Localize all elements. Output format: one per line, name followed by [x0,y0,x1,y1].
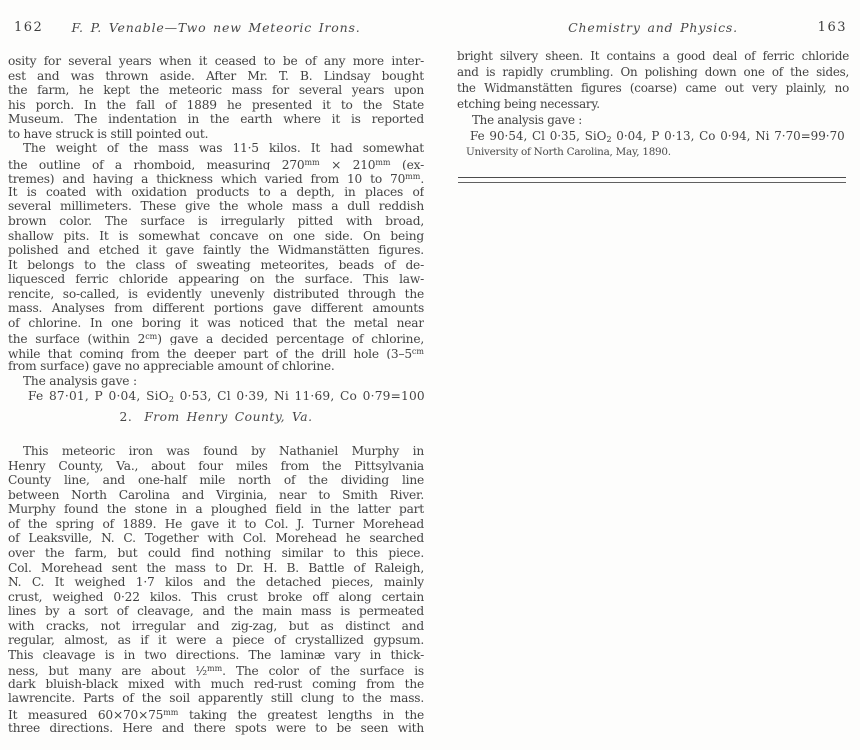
text-line: bright silvery sheen. It contains a good… [457,48,849,64]
left-page-header: 162 F. P. Venable—Two new Meteoric Irons… [8,20,424,35]
text-line: dark bluish-black mixed with much red-ru… [8,677,424,692]
text-line: mass. Analyses from different portions g… [8,301,424,316]
text-line: lawrencite. Parts of the soil apparently… [8,691,424,706]
text-line: The analysis gave : [8,374,424,389]
text-line: rencite, so-called, is evidently unevenl… [8,287,424,302]
text-line: the surface (within 2cm) gave a decided … [8,330,424,345]
text-line: etching being necessary. [457,96,849,112]
text-line: between North Carolina and Virginia, nea… [8,488,424,503]
text-line: It belongs to the class of sweating mete… [8,258,424,273]
text-line: ness, but many are about ½mm. The color … [8,662,424,677]
text-line: from surface) gave no appreciable amount… [8,359,424,374]
left-text-block-1: osity for several years when it ceased t… [8,54,424,403]
text-line: the Widmanstätten figures (coarse) came … [457,80,849,96]
text-line: It is coated with oxidation products to … [8,185,424,200]
text-line: The weight of the mass was 11·5 kilos. I… [8,141,424,156]
text-line: Murphy found the stone in a ploughed fie… [8,502,424,517]
left-page: 162 F. P. Venable—Two new Meteoric Irons… [8,0,424,735]
text-line: the outline of a rhomboid, measuring 270… [8,156,424,171]
page-number-right: 163 [818,20,847,35]
text-line: to have struck is still pointed out. [8,127,424,142]
text-line: regular, almost, as if it were a piece o… [8,633,424,648]
text-line: of the spring of 1889. He gave it to Col… [8,517,424,532]
running-title-left: F. P. Venable—Two new Meteoric Irons. [8,20,424,35]
text-line: his porch. In the fall of 1889 he presen… [8,98,424,113]
text-line: Henry County, Va., about four miles from… [8,459,424,474]
text-line: and is rapidly crumbling. On polishing d… [457,64,849,80]
text-line: N. C. It weighed 1·7 kilos and the detac… [8,575,424,590]
text-line: with cracks, not irregular and zig-zag, … [8,619,424,634]
scanned-journal-spread: 162 F. P. Venable—Two new Meteoric Irons… [0,0,860,750]
right-page-header: Chemistry and Physics. 163 [457,20,849,35]
text-line: of chlorine. In one boring it was notice… [8,316,424,331]
text-line: over the farm, but could find nothing si… [8,546,424,561]
text-line: University of North Carolina, May, 1890. [457,144,849,160]
text-line: the farm, he kept the meteoric mass for … [8,83,424,98]
section-title: From Henry County, Va. [144,410,312,424]
text-line: several millimeters. These give the whol… [8,199,424,214]
text-line: crust, weighed 0·22 kilos. This crust br… [8,590,424,605]
text-line: Fe 87·01, P 0·04, SiO2 0·53, Cl 0·39, Ni… [8,389,424,404]
page-number-left: 162 [14,20,43,35]
text-line: shallow pits. It is somewhat concave on … [8,229,424,244]
text-line: polished and etched it gave faintly the … [8,243,424,258]
text-line: Fe 90·54, Cl 0·35, SiO2 0·04, P 0·13, Co… [457,128,849,144]
text-line: while that coming from the deeper part o… [8,345,424,360]
text-line: tremes) and having a thickness which var… [8,170,424,185]
section-heading: 2.From Henry County, Va. [8,410,424,425]
text-line: lines by a sort of cleavage, and the mai… [8,604,424,619]
right-text-block: bright silvery sheen. It contains a good… [457,48,849,160]
text-line: three directions. Here and there spots w… [8,721,424,736]
left-text-block-2: This meteoric iron was found by Nathanie… [8,444,424,735]
section-divider-rule [458,177,846,183]
section-number: 2. [120,410,133,424]
text-line: osity for several years when it ceased t… [8,54,424,69]
text-line: of Leaksville, N. C. Together with Col. … [8,531,424,546]
text-line: brown color. The surface is irregularly … [8,214,424,229]
text-line: This cleavage is in two directions. The … [8,648,424,663]
text-line: est and was thrown aside. After Mr. T. B… [8,69,424,84]
right-page: Chemistry and Physics. 163 bright silver… [457,0,849,183]
text-line: liquesced ferric chloride appearing on t… [8,272,424,287]
running-title-right: Chemistry and Physics. [457,20,849,35]
text-line: It measured 60×70×75mm taking the greate… [8,706,424,721]
text-line: The analysis gave : [457,112,849,128]
text-line: Col. Morehead sent the mass to Dr. H. B.… [8,561,424,576]
text-line: This meteoric iron was found by Nathanie… [8,444,424,459]
text-line: Museum. The indentation in the earth whe… [8,112,424,127]
text-line: County line, and one-half mile north of … [8,473,424,488]
